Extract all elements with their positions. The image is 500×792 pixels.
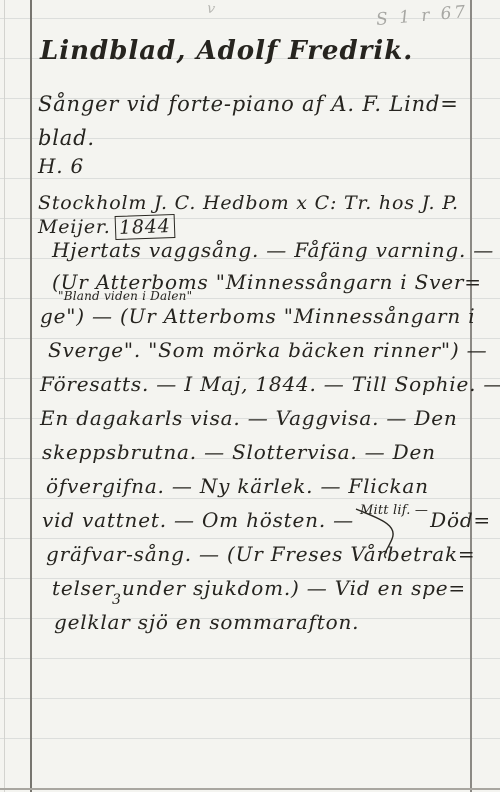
superscript-3: 3: [112, 592, 122, 608]
right-margin-rule: [470, 0, 472, 792]
contents-line-3: ge") — (Ur Atterboms "Minnessångarn i: [40, 304, 475, 328]
contents-line-1: Hjertats vaggsång. — Fåfäng varning. —: [52, 238, 494, 262]
contents-line-6: En dagakarls visa. — Vaggvisa. — Den: [40, 406, 458, 430]
contents-line-9: vid vattnet. — Om hösten. —Mitt lif. —Dö…: [42, 508, 491, 532]
contents-line-9-main: vid vattnet. — Om hösten. —: [42, 508, 354, 532]
imprint-line-1: Stockholm J. C. Hedbom x C: Tr. hos J. P…: [38, 192, 459, 214]
bottom-edge-rule: [0, 788, 500, 790]
contents-line-12: gelklar sjö en sommarafton.: [54, 610, 359, 634]
contents-line-5: Föresatts. — I Maj, 1844. — Till Sophie.…: [40, 372, 500, 396]
contents-line-9-continuation: Död=: [430, 508, 491, 532]
author-heading: Lindblad, Adolf Fredrik.: [40, 36, 413, 66]
interlinear-note: "Bland viden i Dalen": [58, 289, 192, 303]
imprint-publisher: Meijer.: [38, 216, 111, 238]
catalog-card: v S 1 r 67 Lindblad, Adolf Fredrik. Sång…: [0, 0, 500, 792]
contents-line-4: Sverge". "Som mörka bäcken rinner") —: [48, 338, 487, 362]
contents-line-10: gräfvar-sång. — (Ur Freses Vårbetrak=: [46, 542, 475, 566]
contents-line-8: öfvergifna. — Ny kärlek. — Flickan: [46, 474, 429, 498]
left-outer-margin-rule: [4, 0, 5, 792]
ruled-lines: [0, 0, 500, 792]
year-box: 1844: [114, 214, 174, 240]
title-line-1: Sånger vid forte-piano af A. F. Lind=: [38, 92, 459, 116]
left-margin-rule: [30, 0, 32, 792]
contents-line-7: skeppsbrutna. — Slottervisa. — Den: [42, 440, 436, 464]
imprint-line-2: Meijer.1844: [38, 215, 174, 239]
shelfmark: H. 6: [38, 154, 84, 178]
title-line-2: blad.: [38, 126, 95, 150]
